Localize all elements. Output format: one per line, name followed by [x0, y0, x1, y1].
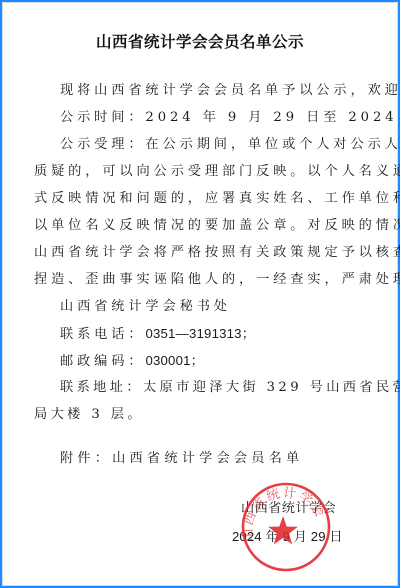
address-label: 联系地址： — [60, 380, 143, 395]
contact-postcode: 邮政编码：030001； — [60, 352, 204, 371]
acceptance-line-4: 以单位名义反映情况的要加盖公章。对反映的情况和问题， — [34, 217, 400, 235]
signature-date: 2024 年 9 月 29 日 — [232, 528, 343, 546]
signature-organization: 山西省统计学会 — [241, 500, 336, 518]
acceptance-line-5: 山西省统计学会将严格按照有关政策规定予以核查。对故意 — [34, 244, 400, 262]
phone-value: 0351—3191313； — [145, 326, 255, 341]
postcode-value: 030001； — [145, 353, 204, 368]
intro-paragraph: 现将山西省统计学会会员名单予以公示，欢迎监督。 — [60, 82, 400, 100]
acceptance-line-1: 公示受理：在公示期间，单位或个人对公示人员名单有 — [60, 136, 400, 154]
contact-phone: 联系电话：0351—3191313； — [60, 325, 255, 344]
acceptance-line-2: 质疑的，可以向公示受理部门反映。以个人名义通过书面形 — [34, 163, 400, 181]
attachment-line: 附件：山西省统计学会会员名单 — [60, 450, 303, 468]
document-title: 山西省统计学会会员名单公示 — [0, 30, 400, 52]
acceptance-line-3: 式反映情况和问题的，应署真实姓名、工作单位和联系方式。 — [34, 190, 400, 208]
contact-address: 联系地址：太原市迎泽大街 329 号山西省民营经济发展 — [60, 379, 400, 397]
postcode-label: 邮政编码： — [60, 354, 145, 369]
acceptance-line-6: 捏造、歪曲事实诬陷他人的，一经查实，严肃处理。 — [34, 271, 400, 289]
phone-label: 联系电话： — [60, 327, 145, 342]
address-line-2: 局大楼 3 层。 — [34, 406, 144, 424]
address-line-1: 太原市迎泽大街 329 号山西省民营经济发展 — [143, 380, 400, 395]
office-name: 山西省统计学会秘书处 — [60, 298, 231, 316]
notice-period: 公示时间：2024 年 9 月 29 日至 2024 年 10 月 10 日。 — [60, 109, 400, 127]
